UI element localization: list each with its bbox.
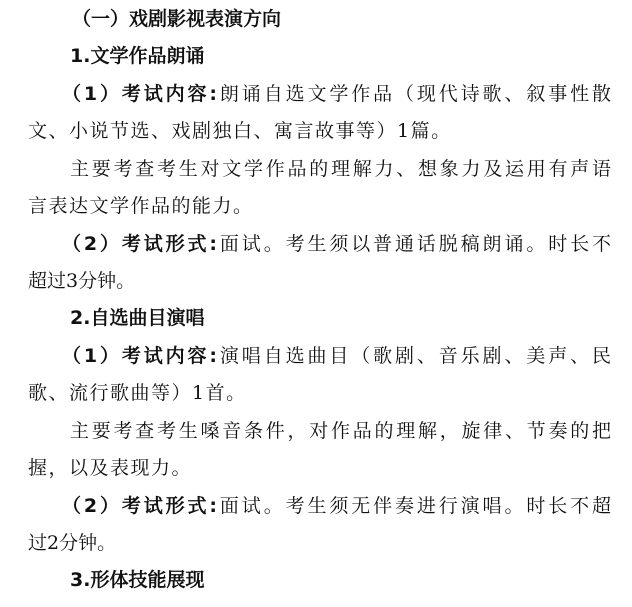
item-1-form-paragraph: （2）考试形式:面试。考生须以普通话脱稿朗诵。时长不 <box>62 226 611 263</box>
item-1-focus-line1: 主要考查考生对文学作品的理解力、想象力及运用有声语 <box>70 151 611 188</box>
item-1-content-line2: 文、小说节选、戏剧独白、寓言故事等）1篇。 <box>28 113 611 150</box>
section-title: （一）戏剧影视表演方向 <box>72 1 632 38</box>
item-1-form-text: 面试。考生须以普通话脱稿朗诵。时长不 <box>217 233 611 255</box>
item-1-focus-line2: 言表达文学作品的能力。 <box>28 188 611 225</box>
item-3-heading: 3.形体技能展现 <box>70 562 632 599</box>
item-2-form-paragraph: （2）考试形式:面试。考生须无伴奏进行演唱。时长不超 <box>62 488 611 525</box>
item-2-form-label: （2）考试形式: <box>62 495 217 517</box>
item-1-heading: 1.文学作品朗诵 <box>70 38 632 75</box>
item-2-content-label: （1）考试内容: <box>62 345 217 367</box>
item-1-form-line2: 超过3分钟。 <box>28 263 611 300</box>
item-2-focus-line2: 握，以及表现力。 <box>28 450 611 487</box>
item-2-form-line2: 过2分钟。 <box>28 525 611 562</box>
item-1-content-label: （1）考试内容: <box>62 83 217 105</box>
item-2-heading: 2.自选曲目演唱 <box>70 300 632 337</box>
item-2-content-text: 演唱自选曲目（歌剧、音乐剧、美声、民 <box>217 345 611 367</box>
item-1-form-label: （2）考试形式: <box>62 233 217 255</box>
item-1-content-text: 朗诵自选文学作品（现代诗歌、叙事性散 <box>217 83 611 105</box>
item-2-content-line2: 歌、流行歌曲等）1首。 <box>28 375 611 412</box>
item-2-form-text: 面试。考生须无伴奏进行演唱。时长不超 <box>217 495 611 517</box>
item-2-focus-line1: 主要考查考生嗓音条件，对作品的理解，旋律、节奏的把 <box>70 413 611 450</box>
item-2-content-paragraph: （1）考试内容:演唱自选曲目（歌剧、音乐剧、美声、民 <box>62 338 611 375</box>
item-1-content-paragraph: （1）考试内容:朗诵自选文学作品（现代诗歌、叙事性散 <box>62 76 611 113</box>
